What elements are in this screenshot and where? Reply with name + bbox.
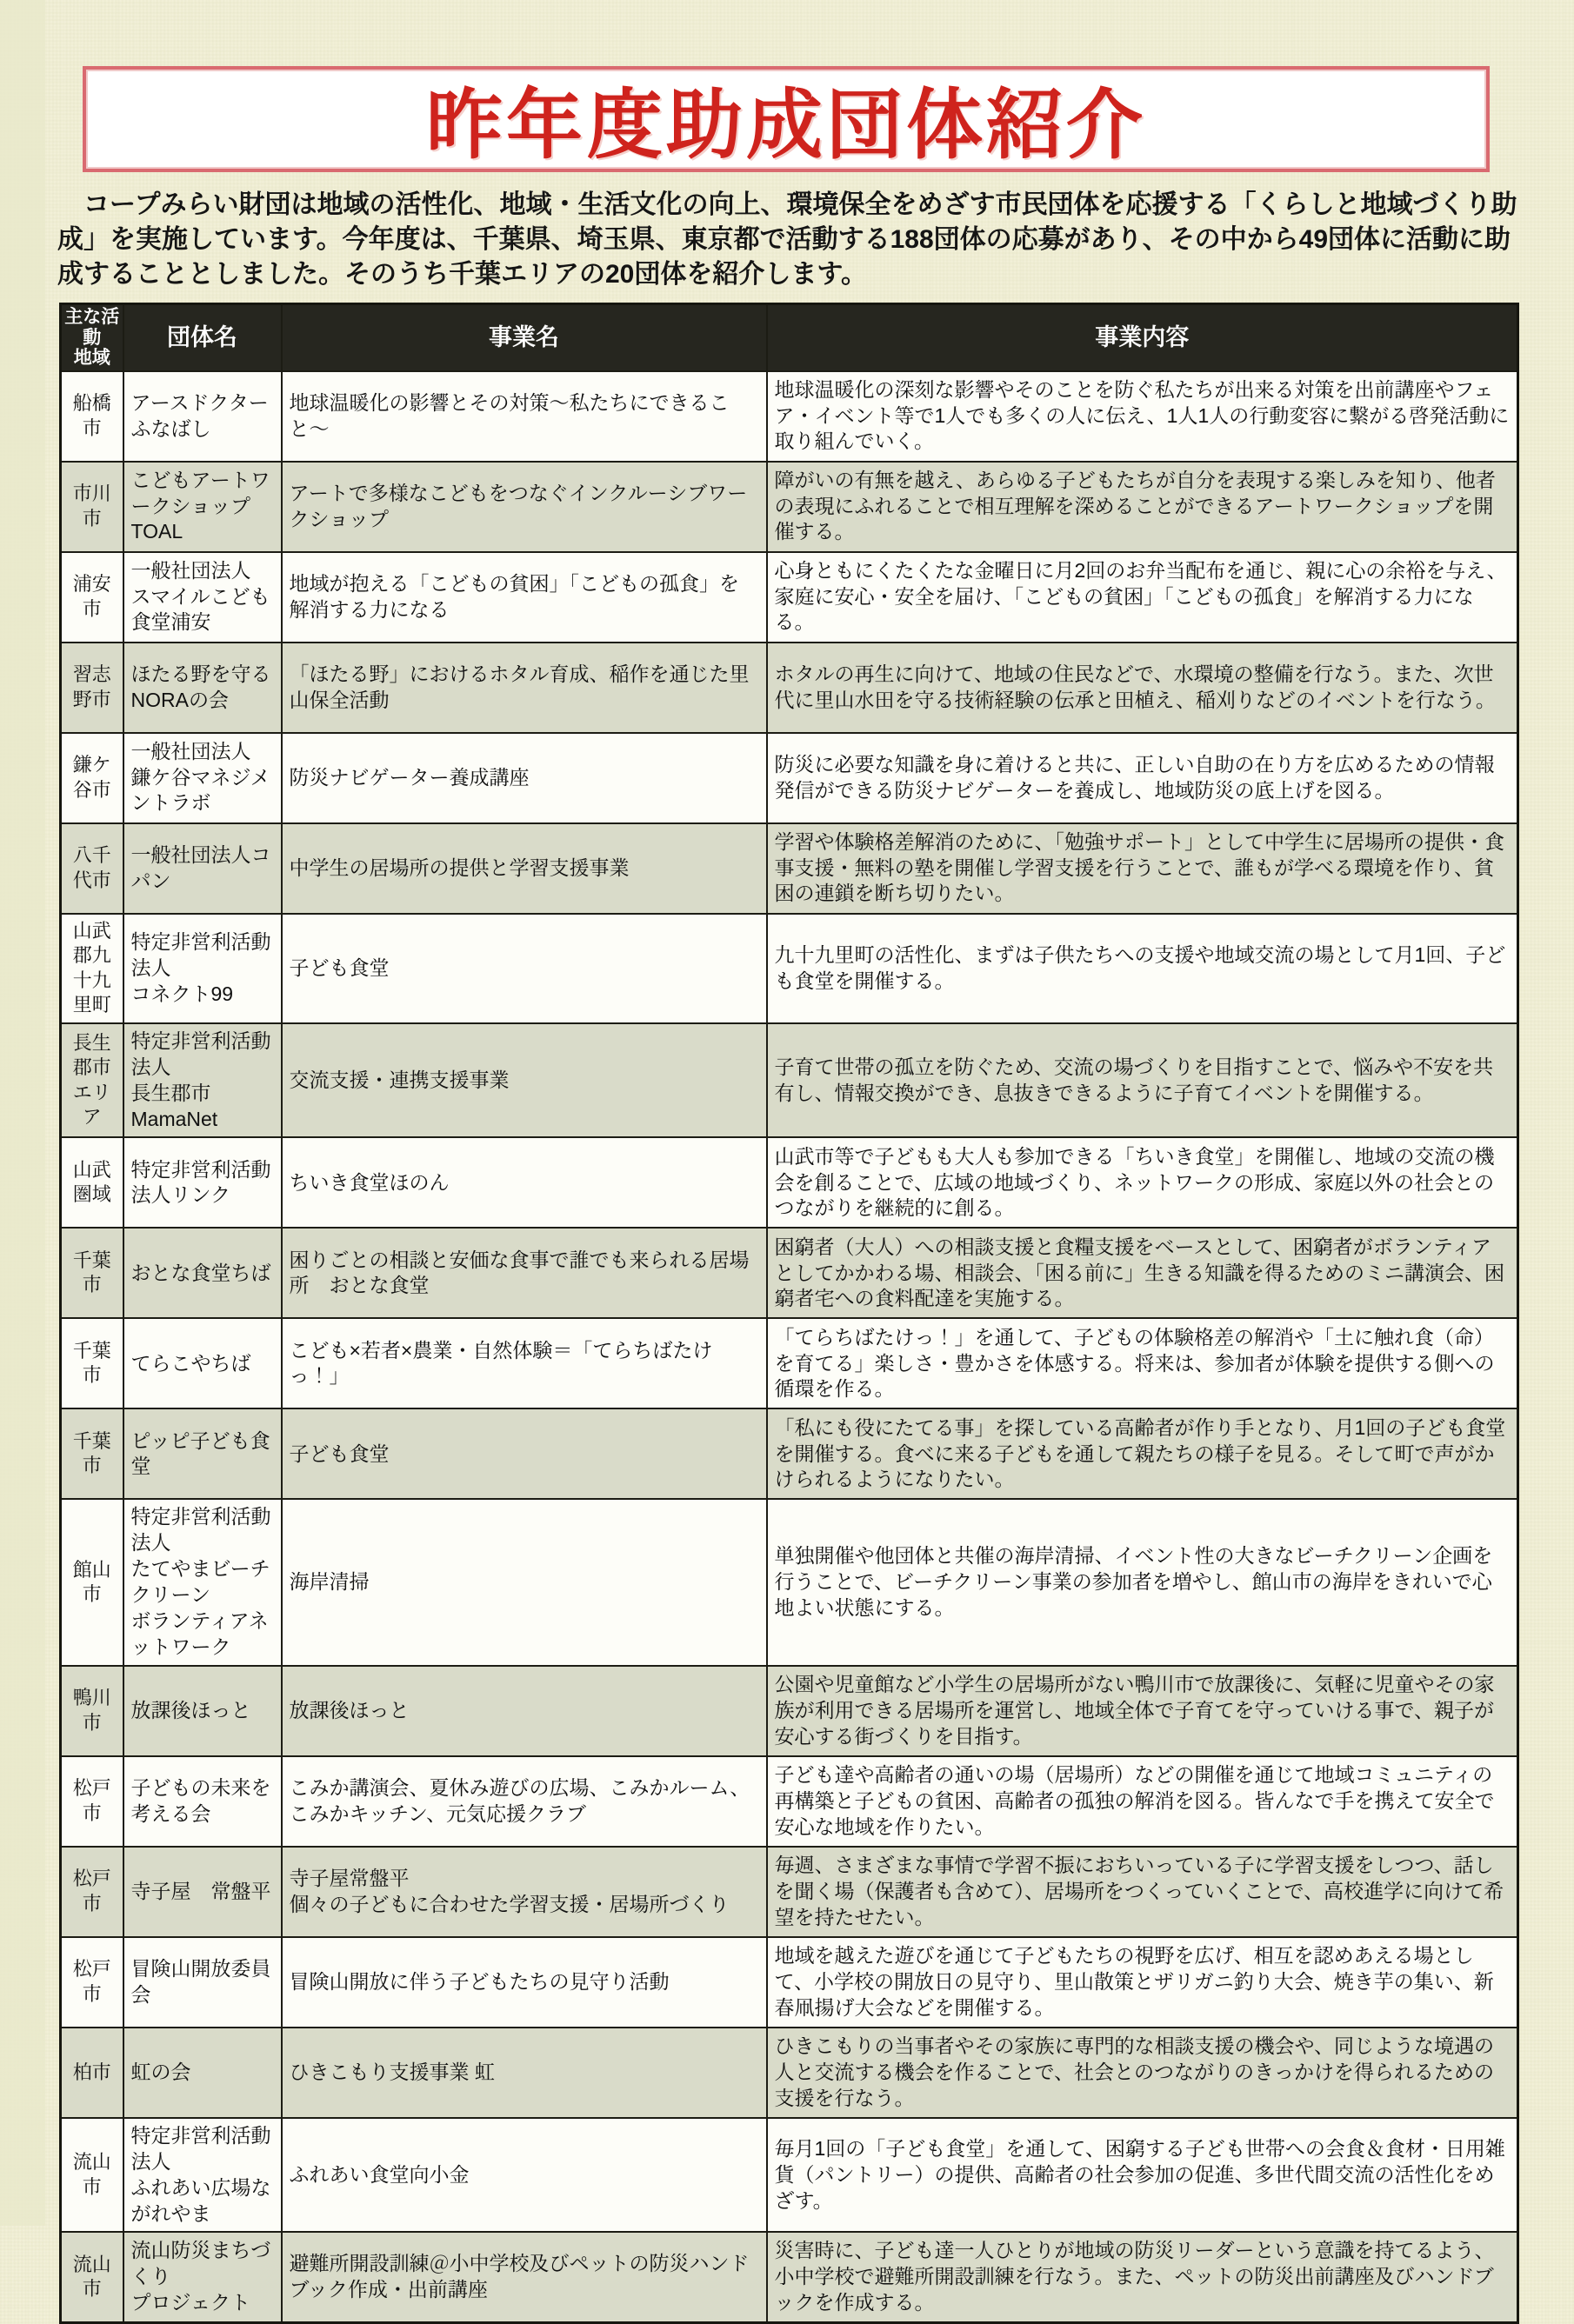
description-cell: 障がいの有無を越え、あらゆる子どもたちが自分を表現する楽しみを知り、他者の表現に…: [767, 462, 1518, 552]
table-row: 千葉市ピッピ子ども食堂子ども食堂「私にも役にたてる事」を探している高齢者が作り手…: [61, 1408, 1518, 1499]
org-cell: 虹の会: [123, 2028, 282, 2118]
table-row: 松戸市寺子屋 常盤平寺子屋常盤平 個々の子どもに合わせた学習支援・居場所づくり毎…: [61, 1847, 1518, 1937]
region-cell: 千葉市: [61, 1228, 123, 1318]
project-cell: 防災ナビゲーター養成講座: [282, 733, 767, 823]
page-title: 昨年度助成団体紹介: [426, 64, 1146, 174]
description-cell: 災害時に、子ども達一人ひとりが地域の防災リーダーという意識を持てるよう、小中学校…: [767, 2232, 1518, 2322]
region-cell: 船橋市: [61, 371, 123, 462]
region-cell: 館山市: [61, 1499, 123, 1665]
description-cell: 毎週、さまざまな事情で学習不振におちいっている子に学習支援をしつつ、話しを聞く場…: [767, 1847, 1518, 1937]
project-cell: 中学生の居場所の提供と学習支援事業: [282, 823, 767, 914]
org-cell: 特定非営利活動法人 ふれあい広場ながれやま: [123, 2118, 282, 2233]
org-cell: 特定非営利活動法人リンク: [123, 1137, 282, 1228]
table-row: 長生郡市 エリア特定非営利活動法人 長生郡市MamaNet交流支援・連携支援事業…: [61, 1023, 1518, 1138]
org-cell: 冒険山開放委員会: [123, 1937, 282, 2028]
project-cell: 地球温暖化の影響とその対策〜私たちにできること〜: [282, 371, 767, 462]
description-cell: 毎月1回の「子ども食堂」を通して、困窮する子ども世帯への会食＆食材・日用雑貨（パ…: [767, 2118, 1518, 2233]
org-cell: こどもアートワークショップTOAL: [123, 462, 282, 552]
table-row: 浦安市一般社団法人 スマイルこども食堂浦安地域が抱える「こどもの貧困」「こどもの…: [61, 552, 1518, 643]
org-cell: 特定非営利活動法人 コネクト99: [123, 914, 282, 1023]
description-cell: ひきこもりの当事者やその家族に専門的な相談支援の機会や、同じような境遇の人と交流…: [767, 2028, 1518, 2118]
project-cell: こみか講演会、夏休み遊びの広場、こみかルーム、こみかキッチン、元気応援クラブ: [282, 1756, 767, 1847]
region-cell: 松戸市: [61, 1847, 123, 1937]
description-cell: 子ども達や高齢者の通いの場（居場所）などの開催を通じて地域コミュニティの再構築と…: [767, 1756, 1518, 1847]
description-cell: 「私にも役にたてる事」を探している高齢者が作り手となり、月1回の子ども食堂を開催…: [767, 1408, 1518, 1499]
table-row: 千葉市てらこやちばこども×若者×農業・自然体験＝「てらちばたけっ！」「てらちばた…: [61, 1318, 1518, 1408]
project-cell: ふれあい食堂向小金: [282, 2118, 767, 2233]
table-row: 山武圏域特定非営利活動法人リンクちいき食堂ほのん山武市等で子どもも大人も参加でき…: [61, 1137, 1518, 1228]
region-cell: 千葉市: [61, 1408, 123, 1499]
scan-edge-shadow: [0, 0, 45, 2226]
org-cell: ピッピ子ども食堂: [123, 1408, 282, 1499]
project-cell: 寺子屋常盤平 個々の子どもに合わせた学習支援・居場所づくり: [282, 1847, 767, 1937]
project-cell: 避難所開設訓練＠小中学校及びペットの防災ハンドブック作成・出前講座: [282, 2232, 767, 2322]
description-cell: 山武市等で子どもも大人も参加できる「ちいき食堂」を開催し、地域の交流の機会を創る…: [767, 1137, 1518, 1228]
project-cell: 海岸清掃: [282, 1499, 767, 1665]
table-row: 館山市特定非営利活動法人 たてやまビーチクリーン ボランティアネットワーク海岸清…: [61, 1499, 1518, 1665]
region-cell: 習志野市: [61, 643, 123, 733]
region-cell: 柏市: [61, 2028, 123, 2118]
table-row: 流山市特定非営利活動法人 ふれあい広場ながれやまふれあい食堂向小金毎月1回の「子…: [61, 2118, 1518, 2233]
org-cell: ほたる野を守るNORAの会: [123, 643, 282, 733]
intro-paragraph: コープみらい財団は地域の活性化、地域・生活文化の向上、環境保全をめざす市民団体を…: [57, 188, 1520, 292]
table-row: 山武郡九 十九里町特定非営利活動法人 コネクト99子ども食堂九十九里町の活性化、…: [61, 914, 1518, 1023]
table-row: 市川市こどもアートワークショップTOALアートで多様なこどもをつなぐインクルーシ…: [61, 462, 1518, 552]
table-header: 主な活動 地域 団体名 事業名 事業内容: [61, 304, 1518, 371]
region-cell: 八千代市: [61, 823, 123, 914]
region-cell: 鎌ケ谷市: [61, 733, 123, 823]
project-cell: 困りごとの相談と安価な食事で誰でも来られる居場所 おとな食堂: [282, 1228, 767, 1318]
project-cell: こども×若者×農業・自然体験＝「てらちばたけっ！」: [282, 1318, 767, 1408]
project-cell: 冒険山開放に伴う子どもたちの見守り活動: [282, 1937, 767, 2028]
project-cell: 交流支援・連携支援事業: [282, 1023, 767, 1138]
project-cell: ちいき食堂ほのん: [282, 1137, 767, 1228]
description-cell: 「てらちばたけっ！」を通して、子どもの体験格差の解消や「土に触れ食（命）を育てる…: [767, 1318, 1518, 1408]
project-cell: 放課後ほっと: [282, 1666, 767, 1756]
table-row: 鎌ケ谷市一般社団法人 鎌ケ谷マネジメントラボ防災ナビゲーター養成講座防災に必要な…: [61, 733, 1518, 823]
table-row: 八千代市一般社団法人コパン中学生の居場所の提供と学習支援事業学習や体験格差解消の…: [61, 823, 1518, 914]
description-cell: 地域を越えた遊びを通じて子どもたちの視野を広げ、相互を認めあえる場として、小学校…: [767, 1937, 1518, 2028]
column-header-project: 事業名: [282, 304, 767, 371]
column-header-description: 事業内容: [767, 304, 1518, 371]
project-cell: 子ども食堂: [282, 1408, 767, 1499]
region-cell: 長生郡市 エリア: [61, 1023, 123, 1138]
org-cell: おとな食堂ちば: [123, 1228, 282, 1318]
org-cell: 子どもの未来を考える会: [123, 1756, 282, 1847]
project-cell: ひきこもり支援事業 虹: [282, 2028, 767, 2118]
org-cell: 一般社団法人 鎌ケ谷マネジメントラボ: [123, 733, 282, 823]
table-row: 鴨川市放課後ほっと放課後ほっと公園や児童館など小学生の居場所がない鴨川市で放課後…: [61, 1666, 1518, 1756]
org-cell: 一般社団法人コパン: [123, 823, 282, 914]
org-cell: 寺子屋 常盤平: [123, 1847, 282, 1937]
region-cell: 山武郡九 十九里町: [61, 914, 123, 1023]
region-cell: 市川市: [61, 462, 123, 552]
grant-table-body: 船橋市アースドクターふなばし地球温暖化の影響とその対策〜私たちにできること〜地球…: [61, 371, 1518, 2323]
region-cell: 鴨川市: [61, 1666, 123, 1756]
table-row: 流山市流山防災まちづくり プロジェクト避難所開設訓練＠小中学校及びペットの防災ハ…: [61, 2232, 1518, 2322]
region-cell: 山武圏域: [61, 1137, 123, 1228]
org-cell: てらこやちば: [123, 1318, 282, 1408]
org-cell: 特定非営利活動法人 たてやまビーチクリーン ボランティアネットワーク: [123, 1499, 282, 1665]
org-cell: 一般社団法人 スマイルこども食堂浦安: [123, 552, 282, 643]
region-cell: 浦安市: [61, 552, 123, 643]
region-cell: 松戸市: [61, 1937, 123, 2028]
description-cell: 心身ともにくたくたな金曜日に月2回のお弁当配布を通じ、親に心の余裕を与え、家庭に…: [767, 552, 1518, 643]
project-cell: 地域が抱える「こどもの貧困」「こどもの孤食」を解消する力になる: [282, 552, 767, 643]
description-cell: 防災に必要な知識を身に着けると共に、正しい自助の在り方を広めるための情報発信がで…: [767, 733, 1518, 823]
region-cell: 流山市: [61, 2232, 123, 2322]
table-row: 習志野市ほたる野を守るNORAの会「ほたる野」におけるホタル育成、稲作を通じた里…: [61, 643, 1518, 733]
project-cell: 子ども食堂: [282, 914, 767, 1023]
description-cell: ホタルの再生に向けて、地域の住民などで、水環境の整備を行なう。また、次世代に里山…: [767, 643, 1518, 733]
description-cell: 地球温暖化の深刻な影響やそのことを防ぐ私たちが出来る対策を出前講座やフェア・イベ…: [767, 371, 1518, 462]
region-cell: 千葉市: [61, 1318, 123, 1408]
table-row: 千葉市おとな食堂ちば困りごとの相談と安価な食事で誰でも来られる居場所 おとな食堂…: [61, 1228, 1518, 1318]
table-row: 松戸市冒険山開放委員会冒険山開放に伴う子どもたちの見守り活動地域を越えた遊びを通…: [61, 1937, 1518, 2028]
description-cell: 九十九里町の活性化、まずは子供たちへの支援や地域交流の場として月1回、子ども食堂…: [767, 914, 1518, 1023]
description-cell: 学習や体験格差解消のために、「勉強サポート」として中学生に居場所の提供・食事支援…: [767, 823, 1518, 914]
description-cell: 公園や児童館など小学生の居場所がない鴨川市で放課後に、気軽に児童やその家族が利用…: [767, 1666, 1518, 1756]
org-cell: アースドクターふなばし: [123, 371, 282, 462]
project-cell: アートで多様なこどもをつなぐインクルーシブワークショップ: [282, 462, 767, 552]
region-cell: 流山市: [61, 2118, 123, 2233]
column-header-region: 主な活動 地域: [61, 304, 123, 371]
table-row: 柏市虹の会ひきこもり支援事業 虹ひきこもりの当事者やその家族に専門的な相談支援の…: [61, 2028, 1518, 2118]
grant-organizations-table: 主な活動 地域 団体名 事業名 事業内容 船橋市アースドクターふなばし地球温暖化…: [59, 303, 1519, 2324]
column-header-org: 団体名: [123, 304, 282, 371]
description-cell: 子育て世帯の孤立を防ぐため、交流の場づくりを目指すことで、悩みや不安を共有し、情…: [767, 1023, 1518, 1138]
description-cell: 困窮者（大人）への相談支援と食糧支援をベースとして、困窮者がボランティアとしてか…: [767, 1228, 1518, 1318]
project-cell: 「ほたる野」におけるホタル育成、稲作を通じた里山保全活動: [282, 643, 767, 733]
description-cell: 単独開催や他団体と共催の海岸清掃、イベント性の大きなビーチクリーン企画を行うこと…: [767, 1499, 1518, 1665]
scanned-flyer-page: { "page": { "title": "昨年度助成団体紹介", "intro…: [0, 0, 1574, 2226]
region-cell: 松戸市: [61, 1756, 123, 1847]
org-cell: 特定非営利活動法人 長生郡市MamaNet: [123, 1023, 282, 1138]
org-cell: 流山防災まちづくり プロジェクト: [123, 2232, 282, 2322]
table-row: 船橋市アースドクターふなばし地球温暖化の影響とその対策〜私たちにできること〜地球…: [61, 371, 1518, 462]
title-banner: 昨年度助成団体紹介: [83, 66, 1490, 172]
table-row: 松戸市子どもの未来を考える会こみか講演会、夏休み遊びの広場、こみかルーム、こみか…: [61, 1756, 1518, 1847]
org-cell: 放課後ほっと: [123, 1666, 282, 1756]
